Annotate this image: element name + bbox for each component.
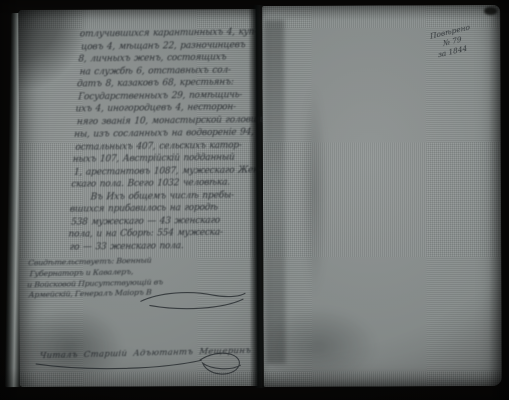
page-curl-mark bbox=[484, 7, 497, 15]
right-page: Повѣрено № 79 за 1844 bbox=[262, 5, 502, 387]
manuscript-line: го — 33 женскаго пола. bbox=[69, 239, 258, 254]
stain bbox=[265, 295, 395, 381]
manuscript-line: Въ Ихъ общемъ числѣ пребы- bbox=[72, 189, 261, 204]
stain bbox=[264, 20, 286, 364]
manuscript-text-block: отлучившихся карантинныхъ 4, куп- цовъ 4… bbox=[67, 26, 270, 254]
stain bbox=[296, 56, 331, 326]
signature-flourish-icon bbox=[137, 287, 249, 313]
manuscript-line: остальныхъ 407, сельскихъ катор- bbox=[75, 139, 264, 154]
left-page: отлучившихся карантинныхъ 4, куп- цовъ 4… bbox=[18, 9, 258, 387]
signature-flourish-icon bbox=[30, 341, 256, 376]
book-spread: отлучившихся карантинныхъ 4, куп- цовъ 4… bbox=[0, 0, 509, 400]
manuscript-line: цовъ 4, мѣщанъ 22, разночинцевъ bbox=[81, 39, 270, 54]
archival-corner-note: Повѣрено № 79 за 1844 bbox=[417, 20, 485, 65]
manuscript-photo: отлучившихся карантинныхъ 4, куп- цовъ 4… bbox=[0, 0, 509, 400]
